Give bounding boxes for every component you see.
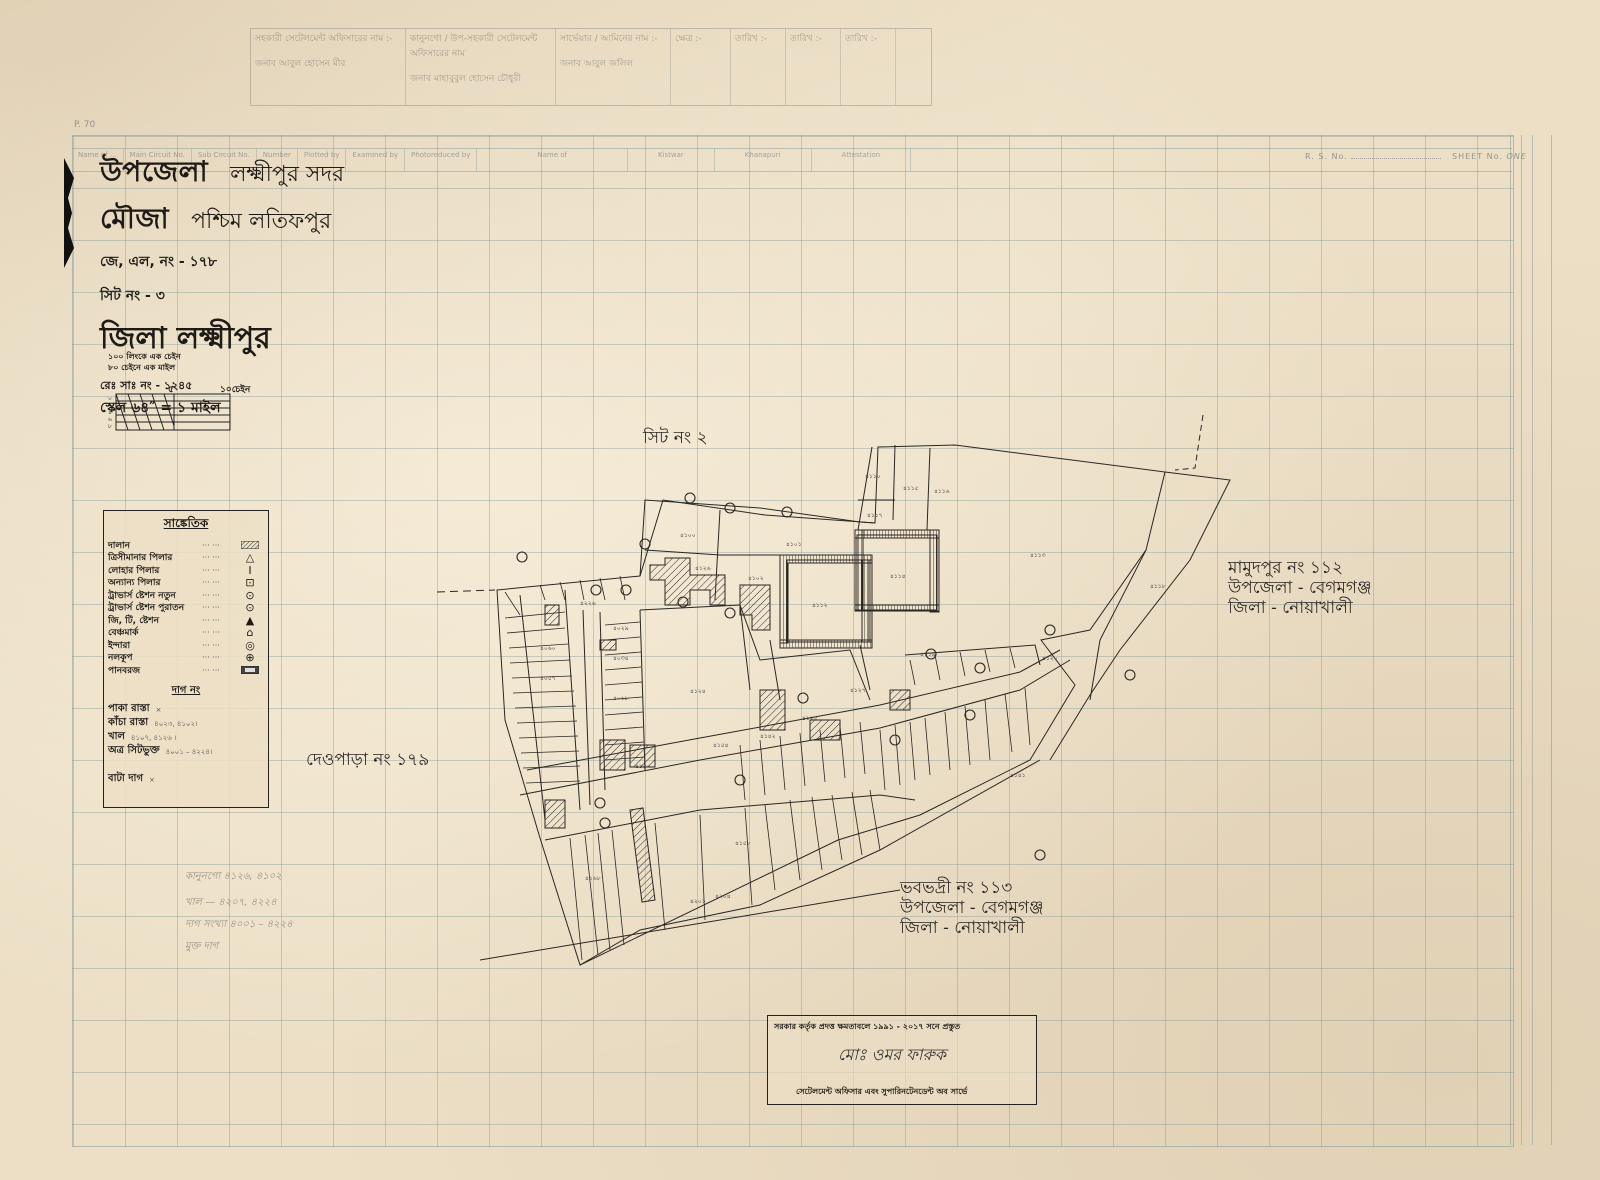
signature: মোঃ ওমর ফারুক xyxy=(838,1042,946,1069)
svg-text:৪১১৮: ৪১১৮ xyxy=(1150,583,1166,590)
certification-line: সরকার কর্তৃক প্রদত্ত ক্ষমতাবলে ১৯৯১ - ২০… xyxy=(774,1021,960,1034)
svg-text:৪১২৪: ৪১২৪ xyxy=(690,688,706,695)
svg-text:৪১১৬: ৪১১৬ xyxy=(934,488,950,495)
svg-text:৪১২০: ৪১২০ xyxy=(1042,655,1058,662)
svg-text:৪২২৬: ৪২২৬ xyxy=(580,600,596,607)
svg-text:৪১৫০: ৪১৫০ xyxy=(635,763,651,770)
svg-text:৪১০২: ৪১০২ xyxy=(748,575,764,582)
svg-text:৪০২৯: ৪০২৯ xyxy=(613,625,629,632)
svg-text:৪১০০: ৪১০০ xyxy=(680,532,696,539)
west-boundary-label: দেওপাড়া নং ১৭৯ xyxy=(306,750,429,770)
svg-text:৪২০১: ৪২০১ xyxy=(690,898,706,905)
svg-text:৪১১০: ৪১১০ xyxy=(865,473,881,480)
svg-text:৪১০১: ৪১০১ xyxy=(786,541,802,548)
svg-text:৪১১৫: ৪১১৫ xyxy=(903,485,919,492)
svg-text:৪১২৬: ৪১২৬ xyxy=(695,565,711,572)
svg-text:৪০৬৮: ৪০৬৮ xyxy=(613,695,629,702)
svg-text:৪১৫৮: ৪১৫৮ xyxy=(735,840,751,847)
svg-text:৪১১৪: ৪১১৪ xyxy=(890,573,906,580)
south-boundary-label: ভবভদ্রী নং ১১৩ উপজেলা - বেগমগঞ্জ জিলা - … xyxy=(900,878,1044,938)
svg-text:৪১২৫: ৪১২৫ xyxy=(802,715,818,722)
svg-text:৪১৪১: ৪১৪১ xyxy=(1010,772,1026,779)
svg-text:৪১১২: ৪১১২ xyxy=(812,602,828,609)
svg-text:৪০৬০: ৪০৬০ xyxy=(540,645,556,652)
svg-text:৪১৬৮: ৪১৬৮ xyxy=(585,875,601,882)
officer-title: সেটেলমেন্ট অফিসার এবং সুপারিনটেনডেন্ট অব… xyxy=(796,1086,967,1099)
svg-text:৪০৫৭: ৪০৫৭ xyxy=(540,675,556,682)
svg-text:৪২০৪: ৪২০৪ xyxy=(715,893,731,900)
svg-text:৪১৫৪: ৪১৫৪ xyxy=(713,742,729,749)
pencil-notes: কানুনগো ৪১২৬, ৪১০২ খাল — ৪২০৭, ৪২২৪ দাগ … xyxy=(185,866,293,958)
svg-text:৪০৩৪: ৪০৩৪ xyxy=(613,655,629,662)
svg-text:৪১১৯: ৪১১৯ xyxy=(920,651,936,658)
svg-text:৪১১৭: ৪১১৭ xyxy=(867,512,883,519)
north-boundary-label: সিট নং ২ xyxy=(643,428,708,448)
svg-text:৪১১৩: ৪১১৩ xyxy=(1030,552,1046,559)
svg-text:৪১২৭: ৪১২৭ xyxy=(850,687,866,694)
certification-box: সরকার কর্তৃক প্রদত্ত ক্ষমতাবলে ১৯৯১ - ২০… xyxy=(767,1015,1037,1105)
east-boundary-label: মামুদপুর নং ১১২ উপজেলা - বেগমগঞ্জ জিলা -… xyxy=(1228,558,1372,618)
map-sheet: সহকারী সেটেলমেন্ট অফিসারের নাম :- জনাব আ… xyxy=(0,0,1600,1180)
svg-text:৪১৪২: ৪১৪২ xyxy=(760,733,776,740)
